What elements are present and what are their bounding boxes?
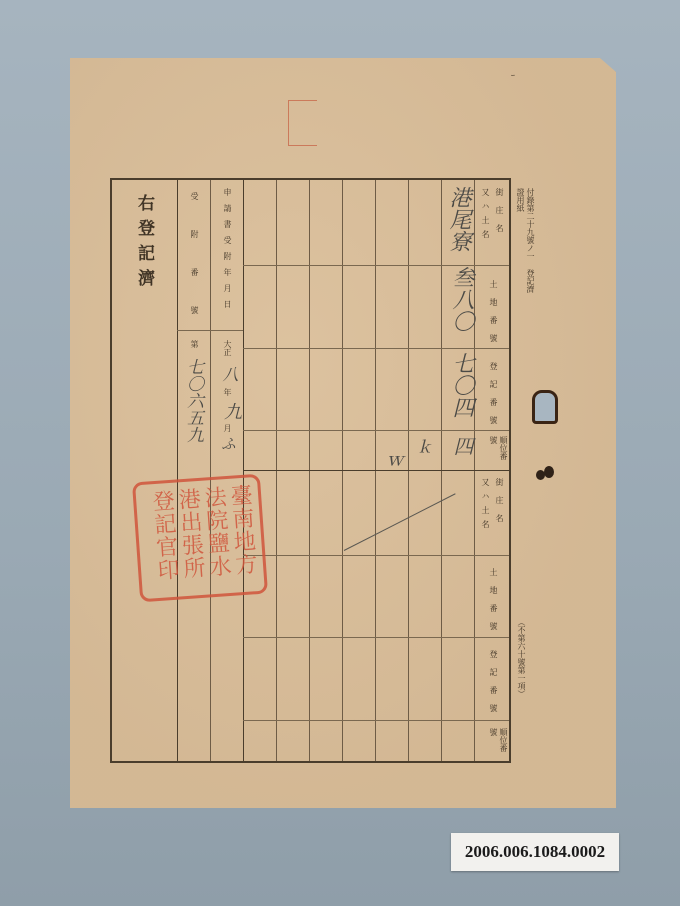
grid-line <box>243 348 509 349</box>
punch-hole <box>532 390 558 424</box>
document-paper: ｰ 右登記濟 受附番號 第 七〇六五九 申請書受附年月日 大正 八 年 <box>70 58 616 808</box>
corner-mark: ｰ <box>511 70 515 81</box>
header-registration-number-2: 登記番號 <box>488 650 498 722</box>
pencil-stroke <box>344 493 456 551</box>
date-month-unit: 月 <box>222 424 232 432</box>
header-rank-number: 順位番號 <box>482 436 508 466</box>
handwritten-mark: ｋ <box>412 438 435 454</box>
block-divider <box>243 470 509 471</box>
seal-text: 臺南地方法院鹽水港出張所登記官印 <box>142 483 259 592</box>
grid-line <box>243 720 509 721</box>
handwritten-land-number: 叁八〇 <box>448 266 474 332</box>
receipt-number-handwritten: 七〇六五九 <box>184 358 202 443</box>
catalog-id: 2006.006.1084.0002 <box>465 842 605 862</box>
handwritten-rank-number: 四 <box>448 436 477 456</box>
handwritten-mark: ｗ <box>380 452 406 470</box>
grid-line <box>243 637 509 638</box>
official-red-seal: 臺南地方法院鹽水港出張所登記官印 <box>132 474 268 603</box>
grid-line <box>243 430 509 431</box>
grid-line <box>243 555 509 556</box>
header-street-name: 街庄名 <box>494 188 504 242</box>
header-street-name-2: 街庄名 <box>494 478 504 532</box>
side-note-bottom: （不第六十號第一項） <box>516 618 526 698</box>
date-year-unit: 年 <box>222 388 232 396</box>
divider <box>177 180 178 761</box>
date-day-handwritten: ふ <box>218 436 239 451</box>
form-frame: 右登記濟 受附番號 第 七〇六五九 申請書受附年月日 大正 八 年 九 月 ふ <box>110 178 511 763</box>
header-rank-number-2: 順位番號 <box>482 728 508 758</box>
header-land-number: 土地番號 <box>488 280 498 352</box>
handwritten-street-name: 港尾寮 <box>446 186 470 252</box>
registered-stamp-title: 右登記濟 <box>132 194 157 294</box>
header-or-land-name: 又ハ土名 <box>480 188 490 244</box>
receipt-number-header: 受附番號 <box>189 192 199 344</box>
application-date-header: 申請書受附年月日 <box>222 188 232 316</box>
grid-line <box>177 330 243 331</box>
header-or-land-name-2: 又ハ土名 <box>480 478 490 534</box>
side-note-top: 付錄第二十九號ノ一 登記濟證用紙 <box>513 188 535 298</box>
date-era: 大正 <box>222 340 232 356</box>
date-year-handwritten: 八 <box>218 366 241 382</box>
divider <box>210 180 211 761</box>
receipt-number-prefix: 第 <box>189 340 199 348</box>
date-month-handwritten: 九 <box>218 402 244 420</box>
burn-spot <box>544 466 554 478</box>
catalog-label: 2006.006.1084.0002 <box>451 833 619 871</box>
faint-top-stamp <box>288 100 317 146</box>
header-land-number-2: 土地番號 <box>488 568 498 640</box>
handwritten-registration-number: 七〇四 <box>448 352 474 418</box>
header-registration-number: 登記番號 <box>488 362 498 434</box>
